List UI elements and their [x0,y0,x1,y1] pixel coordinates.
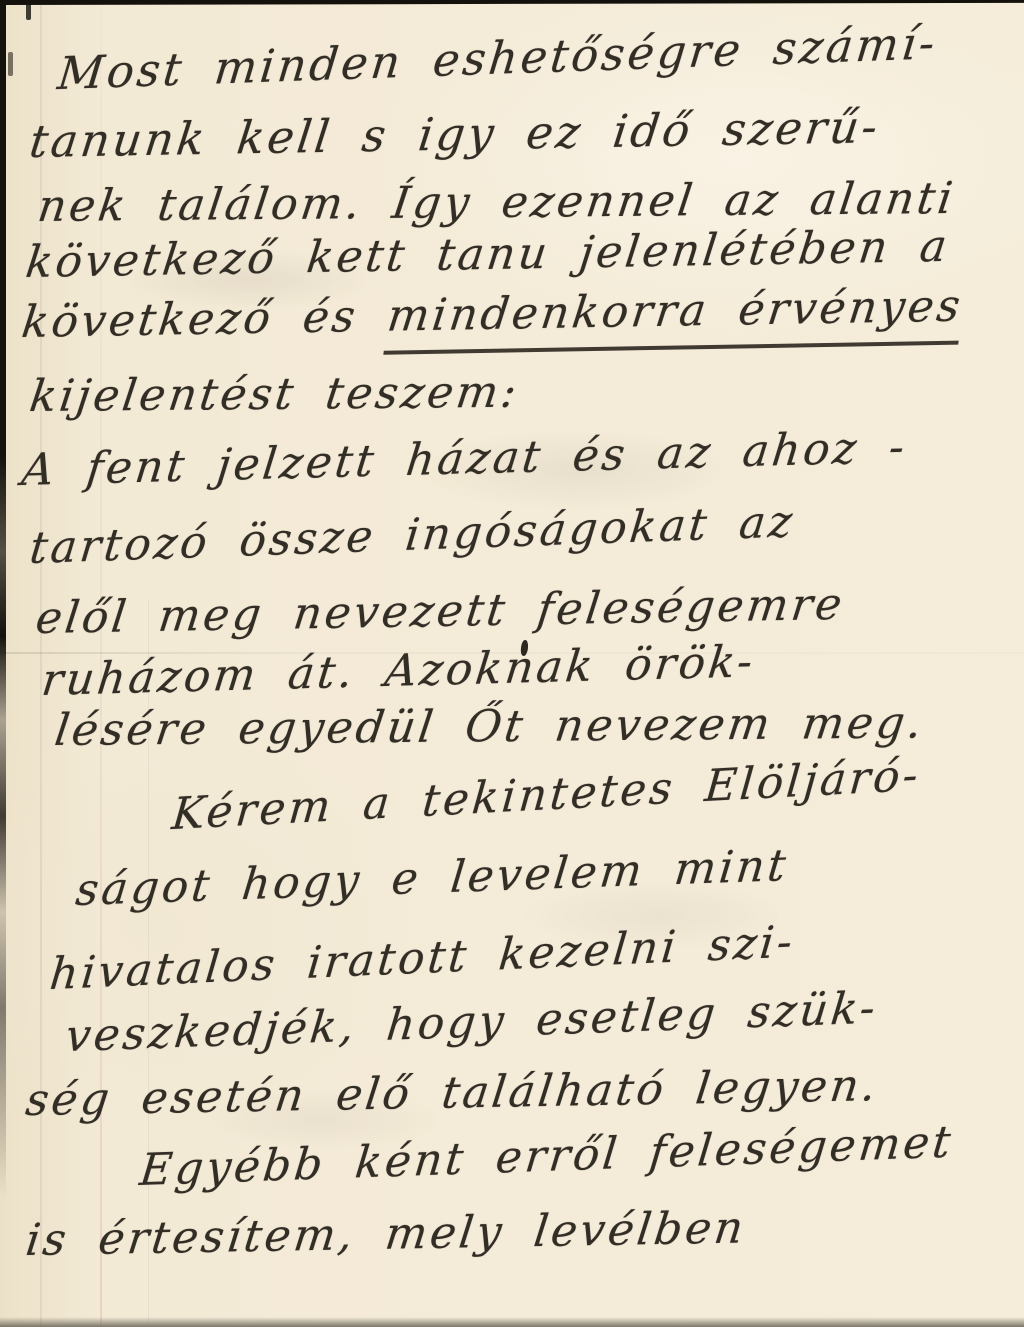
handwriting-line: következő kett tanu jelenlétében a [23,222,953,289]
letter-page: Most minden eshetőségre számí-tanunk kel… [0,0,1024,1327]
underlined-handwriting-segment: mindenkorra érvényes [383,281,966,355]
handwriting-line: ruházom át. Azoknak örök- [39,637,758,706]
scan-edge-artifact [8,52,13,76]
scan-edge-bottom [0,1317,1024,1327]
handwriting-line: tartozó össze ingóságokat az [27,497,797,575]
handwriting-line: veszkedjék, hogy esetleg szük- [63,984,880,1063]
handwriting-line: is értesítem, mely levélben [23,1203,749,1266]
scan-edge-left [0,0,6,1200]
handwriting-line: lésére egyedül Őt nevezem meg. [52,698,928,756]
handwriting-line: kijelentést teszem: [27,368,523,423]
scan-edge-top [0,0,1024,5]
handwriting-line: ség esetén elő található legyen. [23,1061,882,1127]
handwriting-line: Most minden eshetőségre számí- [55,17,940,100]
handwriting-line: hivatalos iratott kezelni szi- [48,917,798,1000]
handwriting-line: tanunk kell s igy ez idő szerű- [27,101,883,168]
scan-corner-artifact [26,0,31,20]
handwriting-line: elől meg nevezett feleségemre [33,580,848,645]
handwriting-segment: következő és [19,291,391,348]
handwriting-line: Kérem a tekintetes Elöljáró- [170,751,923,841]
